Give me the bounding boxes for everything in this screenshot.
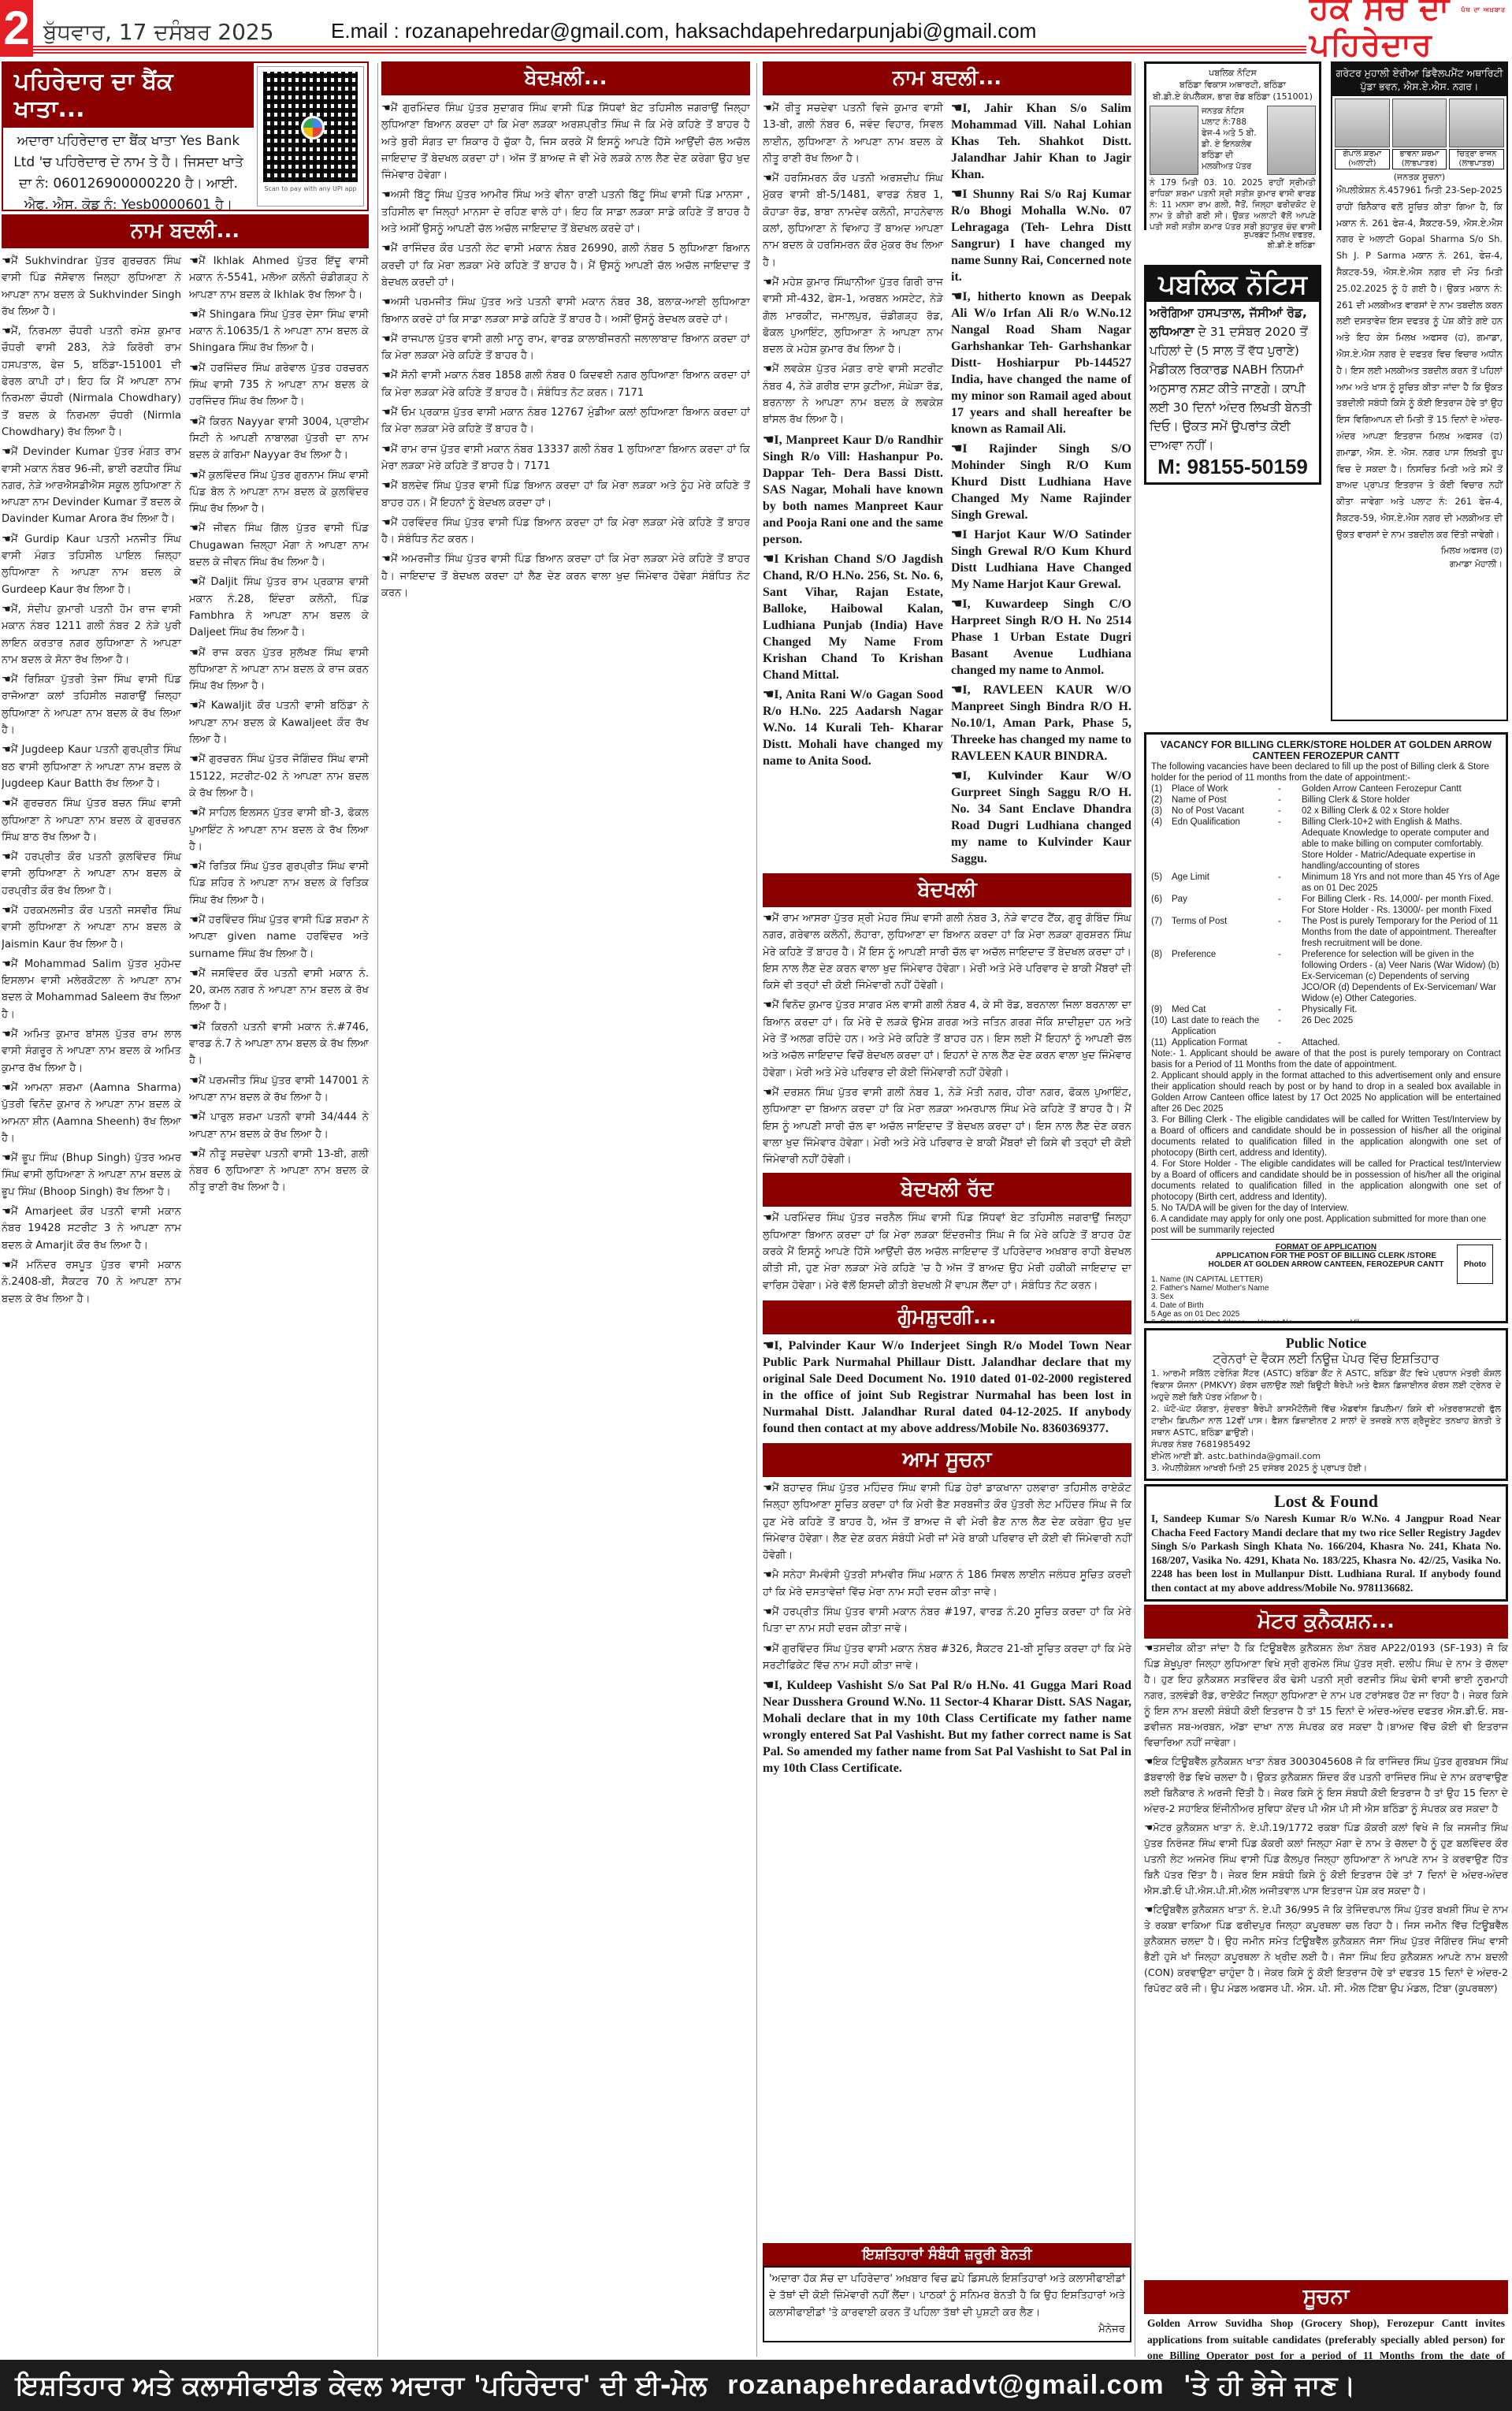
notice-side-text: ਜਨਤਕ ਨੋਟਿਸ ਪਲਾਟ ਨੰ:788 ਫੇਜ-4 ਅਤੇ 5 ਬੀ. ਡ… bbox=[1202, 106, 1264, 175]
application-form: FORMAT OF APPLICATION APPLICATION FOR TH… bbox=[1151, 1239, 1501, 1323]
row-number: (7) bbox=[1151, 916, 1172, 949]
photo-placeholder: Photo bbox=[1457, 1245, 1493, 1284]
row-label: Name of Post bbox=[1172, 794, 1278, 806]
list-item: ਮੈਂ ਸੋਨੀ ਵਾਸੀ ਮਕਾਨ ਨੰਬਰ 1858 ਗਲੀ ਨੰਬਰ 0 … bbox=[381, 367, 750, 401]
list-item: ਮੈਂ Kawaljit ਕੌਰ ਪਤਨੀ ਵਾਸੀ ਬਠਿੰਡਾ ਨੇ ਆਪਣ… bbox=[189, 698, 369, 748]
notice-authority: ਬਠਿੰਡਾ ਵਿਕਾਸ ਅਥਾਰਟੀ, ਬਠਿੰਡਾ bbox=[1150, 79, 1316, 91]
list-item: ਮੈਂ ਗੁਰਚਰਨ ਸਿੰਘ ਪੁੱਤਰ ਜੋਗਿੰਦਰ ਸਿੰਘ ਵਾਸੀ … bbox=[189, 751, 369, 802]
allottee-photo bbox=[1150, 106, 1198, 175]
person-photo bbox=[1392, 99, 1447, 147]
name-change-list: ਮੈਂ ਰੀਤੂ ਸਚਦੇਵਾ ਪਤਨੀ ਵਿਜੇ ਕੁਮਾਰ ਵਾਸੀ 13-… bbox=[763, 100, 1131, 870]
list-item: ਮੋਟਰ ਕੁਨੈਕਸ਼ਨ ਖਾਤਾ ਨੰ. ਏ.ਪੀ.19/1772 ਰਕਬਾ… bbox=[1144, 1820, 1508, 1899]
row-label: Preference bbox=[1172, 949, 1278, 1004]
list-item: ਮੈਂ ਰਾਜ ਕਰਨ ਪੁੱਤਰ ਸੁਲੱਖਣ ਸਿੰਘ ਵਾਸੀ ਲੁਧਿਆ… bbox=[189, 645, 369, 695]
row-value: Billing Clerk & Store holder bbox=[1302, 794, 1501, 806]
bathinda-notices: ਪਬਲਿਕ ਨੋਟਿਸ ਬਠਿੰਡਾ ਵਿਕਾਸ ਅਥਾਰਟੀ, ਬਠਿੰਡਾ … bbox=[1144, 61, 1321, 721]
list-item: ਮੈਂ, ਸੰਦੀਪ ਕੁਮਾਰੀ ਪਤਨੀ ਹੋਮ ਰਾਜ ਵਾਸੀ ਮਕਾਨ… bbox=[2, 601, 181, 668]
list-item: ਮੈਂ ਓਮ ਪ੍ਰਕਾਸ਼ ਪੁੱਤਰ ਵਾਸੀ ਮਕਾਨ ਨੰਬਰ 1276… bbox=[381, 404, 750, 438]
list-item: ਮੈਂ ਰਿਸ਼ਿਕਾ ਪੁੱਤਰੀ ਤੇਜਾ ਸਿੰਘ ਵਾਸੀ ਪਿੰਡ ਰ… bbox=[2, 672, 181, 739]
vacancy-intro: The following vacancies have been declar… bbox=[1151, 761, 1501, 783]
list-item: ਮੈਂ ਭੂਪ ਸਿੰਘ (Bhup Singh) ਪੁੱਤਰ ਅਮਰ ਸਿੰਘ… bbox=[2, 1150, 181, 1200]
list-item: ਮੈ ਸਨੇਹਾ ਸੋਮਵੰਸੀ ਪੁੱਤਰੀ ਸਾਂਮਵੀਰ ਸਿੰਘ ਮਕਾ… bbox=[763, 1567, 1131, 1601]
list-item: ਮੈਂ ਬਹਾਦਰ ਸਿੰਘ ਪੁੱਤਰ ਮਹਿੰਦਰ ਸਿੰਘ ਵਾਸੀ ਪਿ… bbox=[763, 1480, 1131, 1564]
row-label: Last date to reach the Application bbox=[1172, 1015, 1278, 1037]
row-number: (2) bbox=[1151, 794, 1172, 806]
hospital-notice-body: ਦੇ 31 ਦਸੰਬਰ 2020 ਤੋਂ ਪਹਿਲਾਂ ਦੇ (5 ਸਾਲ ਤੋ… bbox=[1150, 325, 1312, 452]
section-banner-name-change: ਨਾਮ ਬਦਲੀ... bbox=[2, 214, 369, 248]
row-value: Minimum 18 Yrs and not more than 45 Yrs … bbox=[1302, 872, 1501, 894]
disclaimer-banner: ਇਸ਼ਤਿਹਾਰਾਂ ਸੰਬੰਧੀ ਜ਼ਰੂਰੀ ਬੇਨਤੀ bbox=[763, 2243, 1131, 2266]
row-value: 02 x Billing Clerk & 02 x Store holder bbox=[1302, 806, 1501, 817]
list-item: ਮੈਂ ਰਾਜਿੰਦਰ ਕੌਰ ਪਤਨੀ ਲੇਟ ਵਾਸੀ ਮਕਾਨ ਨੰਬਰ … bbox=[381, 240, 750, 291]
list-item: ਮੈਂ ਗੁਰਚਰਨ ਸਿੰਘ ਪੁੱਤਰ ਬਚਨ ਸਿੰਘ ਵਾਸੀ ਲੁਧਿ… bbox=[2, 795, 181, 846]
list-item: ਮੈਂ ਵਿਨੋਦ ਕੁਮਾਰ ਪੁੱਤਰ ਸਾਗਰ ਮੱਲ ਵਾਸੀ ਗਲੀ … bbox=[763, 997, 1131, 1081]
list-item: I, Kuwardeep Singh C/O Harpreet Singh R/… bbox=[951, 596, 1131, 679]
upi-qr-code[interactable]: Scan to pay with any UPI app bbox=[257, 66, 364, 206]
list-item: ਮੈਂ ਹਰਵਿੰਦਰ ਸਿੰਘ ਪੁੱਤਰ ਵਾਸੀ ਪਿੰਡ ਬਿਆਨ ਕਰ… bbox=[381, 515, 750, 549]
bank-box-body: ਅਦਾਰਾ ਪਹਿਰੇਦਾਰ ਦਾ ਬੈਂਕ ਖਾਤਾ Yes Bank Ltd… bbox=[3, 128, 254, 219]
row-label: Edn Qualification bbox=[1172, 817, 1278, 872]
vacancy-title: VACANCY FOR BILLING CLERK/STORE HOLDER A… bbox=[1151, 739, 1501, 761]
column-name-change-2: ਨਾਮ ਬਦਲੀ... ਮੈਂ ਰੀਤੂ ਸਚਦੇਵਾ ਪਤਨੀ ਵਿਜੇ ਕੁ… bbox=[763, 61, 1131, 1780]
form-field: 4. Date of Birth bbox=[1151, 1301, 1501, 1310]
astc-public-notice: Public Notice ਟ੍ਰੇਨਰਾਂ ਦੇ ਵੈਕਸ ਲਈ ਨਿਊਜ਼ … bbox=[1144, 1328, 1508, 1481]
list-item: ਤਸਦੀਕ ਕੀਤਾ ਜਾਂਦਾ ਹੈ ਕਿ ਟਿਊਬਵੈਲ ਕੁਨੈਕਸ਼ਨ … bbox=[1144, 1640, 1508, 1751]
list-item: ਮੈਂ ਨੀਤੂ ਸਚਦੇਵਾ ਪਤਨੀ ਵਾਸੀ 13-ਬੀ, ਗਲੀ ਨੰਬ… bbox=[189, 1146, 369, 1196]
list-item: I Shunny Rai S/o Raj Kumar R/o Bhogi Moh… bbox=[951, 186, 1131, 285]
footer-text: ਇਸ਼ਤਿਹਾਰ ਅਤੇ ਕਲਾਸੀਫਾਈਡ ਕੇਵਲ ਅਦਾਰਾ 'ਪਹਿਰੇ… bbox=[16, 2370, 707, 2402]
vacancy-advertisement: VACANCY FOR BILLING CLERK/STORE HOLDER A… bbox=[1144, 732, 1508, 1323]
row-number: (1) bbox=[1151, 783, 1172, 794]
bank-box-title: ਪਹਿਰੇਦਾਰ ਦਾ ਬੈਂਕ ਖਾਤਾ... bbox=[3, 63, 254, 128]
notice-signature: ਬੀ.ਡੀ.ਏ ਬਠਿੰਡਾ bbox=[1144, 240, 1315, 251]
row-number: (6) bbox=[1151, 894, 1172, 916]
notice-address: ਬੀ.ਡੀ.ਏ ਕੰਪਲੈਕਸ, ਭਾਗ ਰੋਡ ਬਠਿੰਡਾ (151001) bbox=[1150, 91, 1316, 102]
list-item: ਮੈਂ ਪਾਰੁਲ ਸ਼ਰਮਾ ਪਤਨੀ ਵਾਸੀ 34/444 ਨੇ ਆਪਣਾ… bbox=[189, 1109, 369, 1143]
footer-banner: ਇਸ਼ਤਿਹਾਰ ਅਤੇ ਕਲਾਸੀਫਾਈਡ ਕੇਵਲ ਅਦਾਰਾ 'ਪਹਿਰੇ… bbox=[0, 2360, 1512, 2411]
notice-title: ਪਬਲਿਕ ਨੋਟਿਸ bbox=[1150, 67, 1316, 79]
row-number: (10) bbox=[1151, 1015, 1172, 1037]
list-item: ਮੈਂ ਹਰਵਿੰਦਰ ਸਿੰਘ ਪੁੱਤਰ ਵਾਸੀ ਪਿੰਡ ਸ਼ਰਮਾ ਨ… bbox=[189, 912, 369, 962]
list-item: I, Anita Rani W/o Gagan Sood R/o H.No. 2… bbox=[763, 686, 943, 769]
astc-subtitle: ਟ੍ਰੇਨਰਾਂ ਦੇ ਵੈਕਸ ਲਈ ਨਿਊਜ਼ ਪੇਪਰ ਵਿੱਚ ਇਸ਼ਤ… bbox=[1151, 1352, 1501, 1366]
form-field: 3. Sex bbox=[1151, 1293, 1501, 1301]
list-item: ਮੈਂ ਦਰਸ਼ਨ ਸਿੰਘ ਪੁੱਤਰ ਵਾਸੀ ਗਲੀ ਨੰਬਰ 1, ਨੇ… bbox=[763, 1085, 1131, 1168]
astc-item: 2. ਘੱਟੋ-ਘੱਟ ਯੋਗਤਾ, ਸੁੰਦਰਤਾ ਥੈਰੇਪੀ ਕਾਸਮੈਟ… bbox=[1151, 1403, 1501, 1438]
row-value: Golden Arrow Canteen Ferozepur Cantt bbox=[1302, 783, 1501, 794]
disinheritance-list: ਮੈਂ ਗੁਰਮਿੰਦਰ ਸਿੰਘ ਪੁੱਤਰ ਸੁਦਾਗਰ ਸਿੰਘ ਵਾਸੀ… bbox=[381, 100, 750, 2346]
header-rules bbox=[33, 46, 1306, 55]
attorney-photo bbox=[1267, 106, 1316, 175]
list-item: ਮੈਂ ਹਰਪ੍ਰੀਤ ਕੌਰ ਪਤਨੀ ਕੁਲਵਿੰਦਰ ਸਿੰਘ ਵਾਸੀ … bbox=[2, 849, 181, 899]
disclaimer-body: 'ਅਦਾਰਾ ਹੱਕ ਸੱਚ ਦਾ ਪਹਿਰੇਦਾਰ' ਅਖ਼ਬਾਰ ਵਿਚ ਛ… bbox=[769, 2271, 1125, 2321]
row-value: Preference for selection will be given i… bbox=[1302, 949, 1501, 1004]
list-item: ਮੈਂ Daljit ਸਿੰਘ ਪੁੱਤਰ ਰਾਮ ਪ੍ਰਕਾਸ਼ ਵਾਸੀ ਮ… bbox=[189, 574, 369, 641]
list-item: ਮੈਂ ਮਹੇਸ਼ ਕੁਮਾਰ ਸਿੰਘਾਨੀਆ ਪੁੱਤਰ ਗਿਰੀ ਰਾਜ … bbox=[763, 274, 943, 358]
qr-code-icon bbox=[263, 72, 358, 182]
list-item: ਮੈਂ ਕਿਰਨੀ ਪਤਨੀ ਵਾਸੀ ਮਕਾਨ ਨੰ.#746, ਵਾਰਡ ਨ… bbox=[189, 1019, 369, 1070]
row-value: For Billing Clerk - Rs. 14,000/- per mon… bbox=[1302, 894, 1501, 916]
list-item: ਮੈਂ ਬਲਦੇਵ ਸਿੰਘ ਪੁੱਤਰ ਵਾਸੀ ਪਿੰਡ ਬਿਆਨ ਕਰਦਾ… bbox=[381, 478, 750, 512]
gmada-photos: ਗੋਪਾਲ ਸ਼ਰਮਾ(ਅਲਾਟੀ) ਭਾਵਨਾ ਸ਼ਰਮਾ(ਲਾਭਪਾਤਰ) … bbox=[1332, 96, 1506, 172]
list-item: ਮੈਂ Shingara ਸਿੰਘ ਪੁੱਤਰ ਦੇਸਾ ਸਿੰਘ ਵਾਸੀ ਮ… bbox=[189, 307, 369, 357]
list-item: ਅਸੀ ਪਰਮਜੀਤ ਸਿੰਘ ਪੁੱਤਰ ਅਤੇ ਪਤਨੀ ਵਾਸੀ ਮਕਾਨ… bbox=[381, 294, 750, 328]
person-role: (ਲਾਭਪਾਤਰ) bbox=[1450, 159, 1503, 169]
list-item: ਮੈਂ ਹਰਕਮਲਜੀਤ ਕੌਰ ਪਤਨੀ ਜਸਵੀਰ ਸਿੰਘ ਵਾਸੀ ਲੁ… bbox=[2, 902, 181, 953]
contact-emails: E.mail : rozanapehredar@gmail.com, haksa… bbox=[331, 19, 1036, 43]
qr-caption: Scan to pay with any UPI app bbox=[264, 185, 356, 192]
astc-title: Public Notice bbox=[1151, 1335, 1501, 1352]
gmada-notice: ਗਰੇਟਰ ਮੁਹਾਲੀ ਏਰੀਆ ਡਿਵੈਲਪਮੈਂਟ ਅਥਾਰਿਟੀ ਪੁੱ… bbox=[1331, 61, 1508, 721]
disinheritance-list: ਮੈਂ ਰਾਮ ਆਸਰਾ ਪੁੱਤਰ ਸ਼੍ਰੀ ਮੇਹਰ ਸਿੰਘ ਵਾਸੀ … bbox=[763, 910, 1131, 1168]
row-label: No of Post Vacant bbox=[1172, 806, 1278, 817]
row-number: (3) bbox=[1151, 806, 1172, 817]
section-banner-notice: ਸੂਚਨਾ bbox=[1144, 2280, 1508, 2314]
list-item: ਮੈਂ ਅਮਰਜੀਤ ਸਿੰਘ ਪੁੱਤਰ ਵਾਸੀ ਪਿੰਡ ਬਿਆਨ ਕਰਦ… bbox=[381, 551, 750, 601]
astc-email[interactable]: ਈਮੇਲ ਆਈ ਡੀ. astc.bathinda@gmail.com bbox=[1151, 1450, 1501, 1462]
form-title: FORMAT OF APPLICATION bbox=[1151, 1243, 1501, 1252]
section-banner-disinheritance: ਬੇਦਖ਼ਲੀ... bbox=[381, 61, 750, 95]
lost-found-title: Lost & Found bbox=[1151, 1491, 1501, 1512]
list-item: I, Kulvinder Kaur W/O Gurpreet Singh Sag… bbox=[951, 768, 1131, 867]
list-item: ਮੈਂ ਰਾਮ ਆਸਰਾ ਪੁੱਤਰ ਸ਼੍ਰੀ ਮੇਹਰ ਸਿੰਘ ਵਾਸੀ … bbox=[763, 910, 1131, 994]
person-name: ਚਿਤ੍ਰਾ ਰਾਜਨ bbox=[1450, 150, 1503, 159]
list-item: ਮੈਂ ਕਿਰਨ Nayyar ਵਾਸੀ 3004, ਪ੍ਰਾਈਮ ਸਿਟੀ ਨ… bbox=[189, 414, 369, 464]
column-disinheritance: ਬੇਦਖ਼ਲੀ... ਮੈਂ ਗੁਰਮਿੰਦਰ ਸਿੰਘ ਪੁੱਤਰ ਸੁਦਾਗ… bbox=[381, 61, 750, 2346]
list-item: ਮੈਂ ਹਰਜਿੰਦਰ ਸਿੰਘ ਗਰੇਵਾਲ ਪੁੱਤਰ ਹਰਚਰਨ ਸਿੰਘ… bbox=[189, 360, 369, 411]
footer-suffix: 'ਤੇ ਹੀ ਭੇਜੇ ਜਾਣ। bbox=[1183, 2370, 1356, 2402]
column-divider bbox=[756, 63, 757, 2357]
vacancy-note: 6. A candidate may apply for only one po… bbox=[1151, 1214, 1501, 1236]
list-item: ਮੈਂ ਰਾਜਪਾਲ ਪੁੱਤਰ ਵਾਸੀ ਗਲੀ ਮਾਨੂ ਰਾਮ, ਵਾਰਡ… bbox=[381, 331, 750, 365]
hospital-public-notice: ਪਬਲਿਕ ਨੋਟਿਸ ਅਰੋਗਿਆ ਹਸਪਤਾਲ, ਜੱਸੀਆਂ ਰੋਡ, ਲ… bbox=[1144, 265, 1321, 485]
row-number: (5) bbox=[1151, 872, 1172, 894]
row-number: (8) bbox=[1151, 949, 1172, 1004]
row-label: Med Cat bbox=[1172, 1004, 1278, 1015]
general-notice-list: ਮੈਂ ਬਹਾਦਰ ਸਿੰਘ ਪੁੱਤਰ ਮਹਿੰਦਰ ਸਿੰਘ ਵਾਸੀ ਪਿ… bbox=[763, 1480, 1131, 1777]
list-item: ਮੈਂ ਗੁਰਮਿੰਦਰ ਸਿੰਘ ਪੁੱਤਰ ਸੁਦਾਗਰ ਸਿੰਘ ਵਾਸੀ… bbox=[381, 100, 750, 184]
list-item: ਮੈਂ ਅਮਿਤ ਕੁਮਾਰ ਬਾਂਸਲ ਪੁੱਤਰ ਰਾਮ ਲਾਲ ਵਾਸੀ … bbox=[2, 1026, 181, 1077]
list-item: ਮੈਂ Devinder Kumar ਪੁੱਤਰ ਮੰਗਤ ਰਾਮ ਵਾਸੀ ਮ… bbox=[2, 444, 181, 527]
section-banner-disinheritance: ਬੇਦਖਲੀ bbox=[763, 873, 1131, 907]
name-change-list: ਮੈਂ Sukhvindrar ਪੁੱਤਰ ਗੁਰਚਰਨ ਸਿੰਘ ਵਾਸੀ ਪ… bbox=[2, 253, 369, 2342]
list-item: ਮੈਂ ਰਿਤਿਕ ਸਿੰਘ ਪੁੱਤਰ ਗੁਰਪ੍ਰੀਤ ਸਿੰਘ ਵਾਸੀ … bbox=[189, 858, 369, 909]
vacancy-note: 2. Applicant should apply in the format … bbox=[1151, 1070, 1501, 1114]
vacancy-note: 5. No TA/DA will be given for the day of… bbox=[1151, 1203, 1501, 1214]
bathinda-authority-notice: ਪਬਲਿਕ ਨੋਟਿਸ ਬਠਿੰਡਾ ਵਿਕਾਸ ਅਥਾਰਟੀ, ਬਠਿੰਡਾ … bbox=[1144, 61, 1321, 251]
column-public-notices: ਪਬਲਿਕ ਨੋਟਿਸ ਬਠਿੰਡਾ ਵਿਕਾਸ ਅਥਾਰਟੀ, ਬਠਿੰਡਾ … bbox=[1144, 61, 1508, 2000]
column-divider bbox=[377, 63, 378, 2357]
notice-signature: ਸੁਪਰਡੰਟ ਮਿਲਖ ਦਫਤਰ, bbox=[1144, 230, 1315, 240]
footer-email[interactable]: rozanapehredaradvt@gmail.com bbox=[727, 2370, 1164, 2401]
list-item: I, Manpreet Kaur D/o Randhir Singh R/o V… bbox=[763, 432, 943, 548]
person-photo bbox=[1335, 99, 1390, 147]
list-item: I Krishan Chand S/O Jagdish Chand, R/O H… bbox=[763, 551, 943, 683]
row-number: (9) bbox=[1151, 1004, 1172, 1015]
row-number: (4) bbox=[1151, 817, 1172, 872]
row-label: Terms of Post bbox=[1172, 916, 1278, 949]
row-label: Pay bbox=[1172, 894, 1278, 916]
list-item: I, Kuldeep Vashisht S/o Sat Pal R/o H.No… bbox=[763, 1677, 1131, 1777]
list-item: ਮੈਂ ਪਰਮਿੰਦਰ ਸਿੰਘ ਪੁੱਤਰ ਜਰਨੈਲ ਸਿੰਘ ਵਾਸੀ ਪ… bbox=[763, 1210, 1131, 1293]
list-item: ਮੈਂ ਪਰਮਜੀਤ ਸਿੰਘ ਪੁੱਤਰ ਵਾਸੀ 147001 ਨੇ ਆਪਣ… bbox=[189, 1073, 369, 1107]
newspaper-logo: ਪੰਥ ਦਾ ਅਖ਼ਬਾਰ ਹੱਕ ਸੱਚ ਦਾ ਪਹਿਰੇਦਾਰ bbox=[1310, 3, 1510, 50]
form-field: 6. Communication Address bbox=[1151, 1319, 1258, 1323]
form-field: 5 Age as on 01 Dec 2025 bbox=[1151, 1310, 1501, 1319]
section-banner-motor-connection: ਮੋਟਰ ਕੁਨੈਕਸ਼ਨ... bbox=[1144, 1605, 1508, 1639]
list-item: ਮੈਂ ਗੁਰਵਿੰਦਰ ਸਿੰਘ ਪੁੱਤਰ ਵਾਸੀ ਮਕਾਨ ਨੰਬਰ #… bbox=[763, 1641, 1131, 1675]
section-banner-name-change: ਨਾਮ ਬਦਲੀ... bbox=[763, 61, 1131, 95]
list-item: ਮੈਂ Amarjeet ਕੌਰ ਪਤਨੀ ਵਾਸੀ ਮਕਾਨ ਨੰਬਰ 194… bbox=[2, 1204, 181, 1254]
bank-account-box: ਪਹਿਰੇਦਾਰ ਦਾ ਬੈਂਕ ਖਾਤਾ... ਅਦਾਰਾ ਪਹਿਰੇਦਾਰ … bbox=[2, 61, 369, 211]
vacancy-note: Note:- 1. Applicant should be aware of t… bbox=[1151, 1048, 1501, 1070]
list-item: ਮੈਂ, ਨਿਰਮਲਾ ਚੌਧਰੀ ਪਤਨੀ ਰਮੇਸ਼ ਕੁਮਾਰ ਚੌਧਰੀ… bbox=[2, 323, 181, 441]
list-item: ਮੈਂ Jugdeep Kaur ਪਤਨੀ ਗੁਰਪ੍ਰੀਤ ਸਿੰਘ ਬਠ ਵ… bbox=[2, 742, 181, 792]
list-item: ਮੈਂ ਸਾਹਿਲ ਇਲਸਨ ਪੁੱਤਰ ਵਾਸੀ ਬੀ-3, ਫੋਕਲ ਪੁਆ… bbox=[189, 805, 369, 855]
list-item: ਮੈਂ ਜਸਵਿੰਦਰ ਕੌਰ ਪਤਨੀ ਵਾਸੀ ਮਕਾਨ ਨੰ. 20, ਕ… bbox=[189, 966, 369, 1016]
disclaimer-signature: ਮੈਨੇਜਰ bbox=[769, 2321, 1125, 2338]
row-value: Attached. bbox=[1302, 1037, 1501, 1048]
list-item: ਮੈਂ ਰਾਮ ਰਾਜ ਪੁੱਤਰ ਵਾਸੀ ਮਕਾਨ ਨੰਬਰ 13337 ਗ… bbox=[381, 441, 750, 475]
list-item: ਮੈਂ ਆਮਨਾ ਸ਼ਰਮਾ (Aamna Sharma) ਪੁੱਤਰੀ ਵਿਨ… bbox=[2, 1080, 181, 1147]
list-item: I, hitherto known as Deepak Ali W/o Irfa… bbox=[951, 288, 1131, 437]
vacancy-note: 3. For Billing Clerk - The eligible cand… bbox=[1151, 1114, 1501, 1159]
row-label: Age Limit bbox=[1172, 872, 1278, 894]
list-item: ਮੈਂ ਮਨਿੰਦਰ ਰਸਪੂਤ ਪੁੱਤਰ ਵਾਸੀ ਮਕਾਨ ਨੰ.2408… bbox=[2, 1257, 181, 1308]
list-item: ਮੈਂ ਹਰਸਿਮਰਨ ਕੌਰ ਪਤਨੀ ਅਰਸ਼ਦੀਪ ਸਿੰਘ ਮੁੱਕਰ … bbox=[763, 170, 943, 271]
gmada-title: ਗਰੇਟਰ ਮੁਹਾਲੀ ਏਰੀਆ ਡਿਵੈਲਪਮੈਂਟ ਅਥਾਰਿਟੀ ਪੁੱ… bbox=[1332, 63, 1506, 96]
lost-found-body: I, Sandeep Kumar S/o Naresh Kumar R/o W.… bbox=[1151, 1512, 1501, 1594]
list-item: ਮੈਂ ਕੁਲਵਿੰਦਰ ਸਿੰਘ ਪੁੱਤਰ ਗੁਰਨਾਮ ਸਿੰਘ ਵਾਸੀ… bbox=[189, 467, 369, 518]
astc-item: 3. ਐਪਲੀਕੇਸ਼ਨ ਆਖਰੀ ਮਿਤੀ 25 ਦਸੰਬਰ 2025 ਨੂੰ… bbox=[1151, 1462, 1501, 1474]
section-banner-general-notice: ਆਮ ਸੂਚਨਾ bbox=[763, 1443, 1131, 1477]
list-item: ਅਸੀ ਬਿੱਟੂ ਸਿੰਘ ਪੁੱਤਰ ਆਮੀਰ ਸਿੰਘ ਅਤੇ ਵੀਨਾ … bbox=[381, 187, 750, 237]
section-banner-disinheritance-cancelled: ਬੇਦਖਲੀ ਰੱਦ bbox=[763, 1173, 1131, 1207]
list-item: ਮੈਂ ਲਵਕੇਸ਼ ਪੁੱਤਰ ਮੰਗਤ ਰਾਏ ਵਾਸੀ ਸਟਰੀਟ ਨੰਬ… bbox=[763, 361, 943, 428]
list-item: I Rajinder Singh S/O Mohinder Singh R/O … bbox=[951, 441, 1131, 523]
lost-and-found-notice: Lost & Found I, Sandeep Kumar S/o Naresh… bbox=[1144, 1484, 1508, 1602]
gmada-body: ਐਪਲੀਕੇਸ਼ਨ ਨੰ.457961 ਮਿਤੀ 23-Sep-2025 ਰਾਹ… bbox=[1332, 183, 1506, 544]
list-item: ਮੈਂ ਰੀਤੂ ਸਚਦੇਵਾ ਪਤਨੀ ਵਿਜੇ ਕੁਮਾਰ ਵਾਸੀ 13-… bbox=[763, 100, 943, 167]
gmada-signature: ਗਮਾਡਾ ਮੋਹਾਲੀ। bbox=[1332, 557, 1503, 571]
hospital-notice-title: ਪਬਲਿਕ ਨੋਟਿਸ bbox=[1146, 267, 1319, 302]
row-label: Place of Work bbox=[1172, 783, 1278, 794]
motor-connection-list: ਤਸਦੀਕ ਕੀਤਾ ਜਾਂਦਾ ਹੈ ਕਿ ਟਿਊਬਵੈਲ ਕੁਨੈਕਸ਼ਨ … bbox=[1144, 1640, 1508, 1996]
page-number: 2 bbox=[0, 0, 33, 57]
list-item: I, RAVLEEN KAUR W/O Manpreet Singh Bindr… bbox=[951, 682, 1131, 765]
astc-item: 1. ਆਰਮੀ ਸਕਿੱਲ ਟਰੇਨਿੰਗ ਸੈਂਟਰ (ASTC) ਬਠਿੰਡ… bbox=[1151, 1367, 1501, 1403]
list-item: ਇਕ ਟਿਊਬਵੈੱਲ ਕੁਨੈਕਸ਼ਨ ਖਾਤਾ ਨੰਬਰ 300304560… bbox=[1144, 1754, 1508, 1817]
list-item: I, Jahir Khan S/o Salim Mohammad Vill. N… bbox=[951, 100, 1131, 183]
form-field: 1. Name (IN CAPITAL LETTER) bbox=[1151, 1275, 1501, 1284]
row-value: Billing Clerk-10+2 with English & Maths.… bbox=[1302, 817, 1501, 872]
section-banner-missing: ਗੁੰਮਸ਼ੁਦਗੀ... bbox=[763, 1300, 1131, 1334]
hospital-phone: M: 98155-50159 bbox=[1150, 455, 1316, 479]
masthead: 2 ਬੁੱਧਵਾਰ, 17 ਦਸੰਬਰ 2025 E.mail : rozana… bbox=[0, 0, 1512, 57]
person-photo bbox=[1449, 99, 1504, 147]
row-label: Application Format bbox=[1172, 1037, 1278, 1048]
list-item: ਮੈਂ Sukhvindrar ਪੁੱਤਰ ਗੁਰਚਰਨ ਸਿੰਘ ਵਾਸੀ ਪ… bbox=[2, 253, 181, 320]
list-item: ਮੈਂ ਜੀਵਨ ਸਿੰਘ ਗਿੱਲ ਪੁੱਤਰ ਵਾਸੀ ਪਿੰਡ Chuga… bbox=[189, 520, 369, 571]
list-item: ਮੈਂ ਹਰਪ੍ਰੀਤ ਸਿੰਘ ਪੁੱਤਰ ਵਾਸੀ ਮਕਾਨ ਨੰਬਰ #1… bbox=[763, 1604, 1131, 1638]
notices-row: ਪਬਲਿਕ ਨੋਟਿਸ ਬਠਿੰਡਾ ਵਿਕਾਸ ਅਥਾਰਟੀ, ਬਠਿੰਡਾ … bbox=[1144, 61, 1508, 721]
form-subtitle: APPLICATION FOR THE POST OF BILLING CLER… bbox=[1151, 1252, 1501, 1269]
row-number: (11) bbox=[1151, 1037, 1172, 1048]
row-value: Physically Fit. bbox=[1302, 1004, 1501, 1015]
list-item: ਮੈਂ Mohammad Salim ਪੁੱਤਰ ਮੁਹੰਮਦ ਇਸਲਾਮ ਵਾ… bbox=[2, 956, 181, 1023]
issue-date: ਬੁੱਧਵਾਰ, 17 ਦਸੰਬਰ 2025 bbox=[43, 19, 274, 46]
person-name: ਭਾਵਨਾ ਸ਼ਰਮਾ bbox=[1393, 150, 1447, 159]
list-item: ਮੈਂ Gurdip Kaur ਪਤਨੀ ਮਨਜੀਤ ਸਿੰਘ ਵਾਸੀ ਮੰਗ… bbox=[2, 531, 181, 598]
list-item: I Harjot Kaur W/O Satinder Singh Grewal … bbox=[951, 526, 1131, 593]
person-name: ਗੋਪਾਲ ਸ਼ਰਮਾ bbox=[1336, 150, 1389, 159]
list-item: ਟਿਊਬਵੈੱਲ ਕੁਨੈਕਸ਼ਨ ਖਾਤਾ ਨੰ. ਏ.ਪੀ 36/995 ਜ… bbox=[1144, 1902, 1508, 1996]
logo-tagline: ਪੰਥ ਦਾ ਅਖ਼ਬਾਰ bbox=[1461, 6, 1506, 14]
row-value: The Post is purely Temporary for the Per… bbox=[1302, 916, 1501, 949]
column-divider bbox=[1135, 63, 1135, 2357]
column-name-change-1: ਪਹਿਰੇਦਾਰ ਦਾ ਬੈਂਕ ਖਾਤਾ... ਅਦਾਰਾ ਪਹਿਰੇਦਾਰ … bbox=[2, 61, 369, 2342]
form-field: 2. Father's Name/ Mother's Name bbox=[1151, 1284, 1501, 1293]
list-item: I, Palvinder Kaur W/o Inderjeet Singh R/… bbox=[763, 1338, 1131, 1437]
person-role: (ਲਾਭਪਾਤਰ) bbox=[1393, 159, 1447, 169]
gmada-signature: ਮਿਲਖ ਅਫਸਰ (ਹ) bbox=[1332, 544, 1503, 557]
list-item: ਮੈਂ Ikhlak Ahmed ਪੁੱਤਰ ਇੱਦੂ ਵਾਸੀ ਮਕਾਨ ਨੰ… bbox=[189, 253, 369, 303]
gmada-subtitle: (ਜਨਤਕ ਸੂਚਨਾ) bbox=[1332, 172, 1506, 183]
astc-phone: ਸੰਪਰਕ ਨੰਬਰ 7681985492 bbox=[1151, 1438, 1501, 1450]
vacancy-note: 4. For Store Holder - The eligible candi… bbox=[1151, 1159, 1501, 1203]
person-role: (ਅਲਾਟੀ) bbox=[1336, 159, 1389, 169]
advertising-disclaimer: ਇਸ਼ਤਿਹਾਰਾਂ ਸੰਬੰਧੀ ਜ਼ਰੂਰੀ ਬੇਨਤੀ 'ਅਦਾਰਾ ਹੱ… bbox=[763, 2243, 1131, 2342]
row-value: 26 Dec 2025 bbox=[1302, 1015, 1501, 1037]
